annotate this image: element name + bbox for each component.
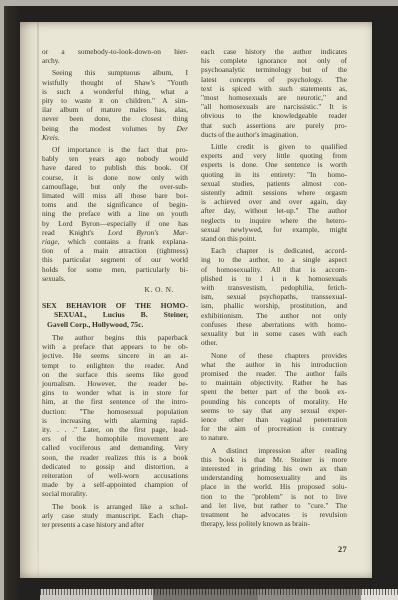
text-line: A distinct impression after reading [201, 446, 347, 455]
paragraph: or a somebody-to-look-down-on hier-archy… [42, 47, 188, 65]
text-line: ience other than vaginal penetration [201, 415, 347, 424]
text-line: holds for some men, particularly bi- [42, 265, 188, 274]
text-line: "most homosexuals are neurotic," and [201, 93, 347, 102]
paragraph: Each chapter is dedicated, accord-ing to… [201, 246, 347, 347]
text-line: neglects to inquire where the hetero- [201, 216, 347, 225]
text-line: quoting in its entirety: "In homo- [201, 170, 347, 179]
text-line: read Knight's Lord Byron's Mar- [42, 228, 188, 237]
text-line: The book is arranged like a schol- [42, 502, 188, 511]
text-line: Little credit is given to qualified [201, 142, 347, 151]
text-line: understanding homosexuality and its [201, 473, 347, 482]
text-line: called vociferous and demanding. Very [42, 443, 188, 452]
text-line: soon, the reader realizes this is a book [42, 453, 188, 462]
text-line: that such assertions are purely pro- [201, 121, 347, 130]
text-line: Seeing this sumptuous album, I [42, 68, 188, 77]
text-line: therapy, less politely known as brain- [201, 519, 347, 528]
text-line: ing to the author, to a single aspect [201, 255, 347, 264]
text-line: promised the reader. The author fails [201, 369, 347, 378]
text-line: Kreis. [42, 133, 188, 142]
text-line: tion of a main attraction (tightness) [42, 246, 188, 255]
text-line: exhibitionism. The author not only [201, 311, 347, 320]
text-line: ducts of the author's imagination. [201, 130, 347, 139]
text-line: this particular segment of our world [42, 255, 188, 264]
text-line: ilar album of mature males has, alas, [42, 105, 188, 114]
left-text-column: or a somebody-to-look-down-on hier-archy… [42, 47, 188, 529]
page-content: or a somebody-to-look-down-on hier-archy… [20, 22, 372, 529]
text-line: have dared to publish this book. Of [42, 163, 188, 172]
text-line: stand on this point. [201, 234, 347, 243]
text-line: treatment he advocates is revulsion [201, 510, 347, 519]
text-line: and let live, but rather to "cure." The [201, 501, 347, 510]
paragraph: Little credit is given to qualifiedexper… [201, 142, 347, 243]
text-line: text is spiced with such statements as, [201, 84, 347, 93]
text-line: never been done, the closest thing [42, 114, 188, 123]
paragraph: Of importance is the fact that pro-bably… [42, 145, 188, 283]
text-line: by Lord Byron—especially if one has [42, 219, 188, 228]
text-line: tion to the "problem" is not to live [201, 492, 347, 501]
text-line: camouflage, but only the over-sub- [42, 182, 188, 191]
text-line: spent the better part of the book ex- [201, 387, 347, 396]
text-line: latest concepts of psychology. The [201, 75, 347, 84]
text-line: seems to say that any sexual exper- [201, 406, 347, 415]
text-line: experts and very little quoting from [201, 151, 347, 160]
text-line: None of these chapters provides [201, 351, 347, 360]
text-line: this book is that Mr. Steiner is more [201, 455, 347, 464]
text-line: jective. He seems sincere in an at- [42, 351, 188, 360]
text-line: bably ten years ago nobody would [42, 154, 188, 163]
text-line: him, at the first sentence of the intro- [42, 397, 188, 406]
text-line: with transvestism, pedophilia, fetich- [201, 283, 347, 292]
scanned-book-page-photo: { "page": { "number": "27" }, "colors": … [0, 0, 398, 600]
text-line: ity. . . ." Later, on the first page, le… [42, 425, 188, 434]
text-line: is increasing with alarming rapid- [42, 416, 188, 425]
text-line: K. O. N. [42, 285, 188, 294]
text-line: plished is to l i n k homosexuals [201, 274, 347, 283]
paragraph: each case history the author indicateshi… [201, 47, 347, 139]
text-line: ism, phallic worship, prostitution, and [201, 301, 347, 310]
text-line: social morality. [42, 489, 188, 498]
text-line: ers of the homophile movement are [42, 434, 188, 443]
text-line: arly case study manuscript. Each chap- [42, 511, 188, 520]
text-line: after day, without let-up." The author [201, 206, 347, 215]
text-line: sexual newlywed, for example, might [201, 225, 347, 234]
text-line: what the author in his introduction [201, 360, 347, 369]
text-line: interested in grinding his own ax than [201, 464, 347, 473]
text-line: riage, which contains a frank explana- [42, 237, 188, 246]
text-line: sexuality but in some cases with each [201, 329, 347, 338]
paragraph: Seeing this sumptuous album, Iwistfully … [42, 68, 188, 142]
text-line: The author begins this paperback [42, 333, 188, 342]
text-line: being the modest volumes by Der [42, 124, 188, 133]
text-line: reiteration of well-worn accusations [42, 471, 188, 480]
review-heading: SEX BEHAVIOR OF THE HOMO-SEXUAL, Lucius … [42, 301, 188, 329]
text-line: sexual studies, patients almost con- [201, 179, 347, 188]
right-text-column: each case history the author indicateshi… [201, 47, 347, 529]
book-spine-shadow [4, 6, 20, 600]
text-line: his complete ignorance not only of [201, 56, 347, 65]
text-line: for the aim of procreation is contrary [201, 424, 347, 433]
ruler-ticks [40, 589, 398, 595]
text-line: to nature. [201, 433, 347, 442]
text-line: pity to waste it on children." A sim- [42, 96, 188, 105]
text-line: sexuals. [42, 274, 188, 283]
text-line: is achieved over and over again, day [201, 197, 347, 206]
text-line: of homosexuality. All that is accom- [201, 265, 347, 274]
paragraph: A distinct impression after readingthis … [201, 446, 347, 529]
reviewer-initials: K. O. N. [42, 285, 188, 294]
text-line: archy. [42, 56, 188, 65]
text-line: wistfully thought of Shaw's "Youth [42, 78, 188, 87]
text-line: toms and the significance of begin- [42, 200, 188, 209]
text-line: duction: "The homosexual population [42, 407, 188, 416]
text-line: journalism. However, the reader be- [42, 379, 188, 388]
text-line: or a somebody-to-look-down-on hier- [42, 47, 188, 56]
text-line: tempt to enlighten the reader. And [42, 361, 188, 370]
paragraph: None of these chapters provideswhat the … [201, 351, 347, 443]
text-line: sistently admit sessions where orgasm [201, 188, 347, 197]
text-line: SEXUAL, Lucius B. Steiner, [42, 310, 188, 319]
book-page: or a somebody-to-look-down-on hier-archy… [20, 22, 372, 578]
text-line: "all homosexuals are narcissistic." It i… [201, 102, 347, 111]
text-line: on the surface this seems like good [42, 370, 188, 379]
page-number: 27 [338, 545, 347, 554]
text-line: gins to wonder what is in store for [42, 388, 188, 397]
text-line: Gavell Corp., Hollywood, 75c. [42, 320, 188, 329]
paragraph: The book is arranged like a schol-arly c… [42, 502, 188, 530]
text-line: each case history the author indicates [201, 47, 347, 56]
text-line: ning the preface with a line on youth [42, 209, 188, 218]
text-line: SEX BEHAVIOR OF THE HOMO- [42, 301, 188, 310]
text-line: ter presents a case history and after [42, 520, 188, 529]
text-line: to maintain objectivity. Rather he has [201, 378, 347, 387]
scan-ruler [40, 589, 398, 600]
text-line: place in the world. His proposed solu- [201, 482, 347, 491]
text-line: course, it is done now only with [42, 173, 188, 182]
text-line: confuses these aberrations with homo- [201, 320, 347, 329]
text-line: made by a self-appointed champion of [42, 480, 188, 489]
paragraph: The author begins this paperbackwith a p… [42, 333, 188, 499]
text-line: is such a wonderful thing, what a [42, 87, 188, 96]
text-line: obvious to the knowledgeable reader [201, 111, 347, 120]
text-line: with a preface that appears to be ob- [42, 342, 188, 351]
text-line: experts is done. One sentence is worth [201, 160, 347, 169]
text-line: pounding his concepts of morality. He [201, 397, 347, 406]
text-line: psychoanalytic terminology but of the [201, 65, 347, 74]
text-line: ism, sexual psychopaths, transsexual- [201, 292, 347, 301]
text-line: other. [201, 338, 347, 347]
text-line: limated will miss all those bare bot- [42, 191, 188, 200]
text-line: Of importance is the fact that pro- [42, 145, 188, 154]
text-line: Each chapter is dedicated, accord- [201, 246, 347, 255]
text-line: dedicated to gossip and distortion, a [42, 462, 188, 471]
